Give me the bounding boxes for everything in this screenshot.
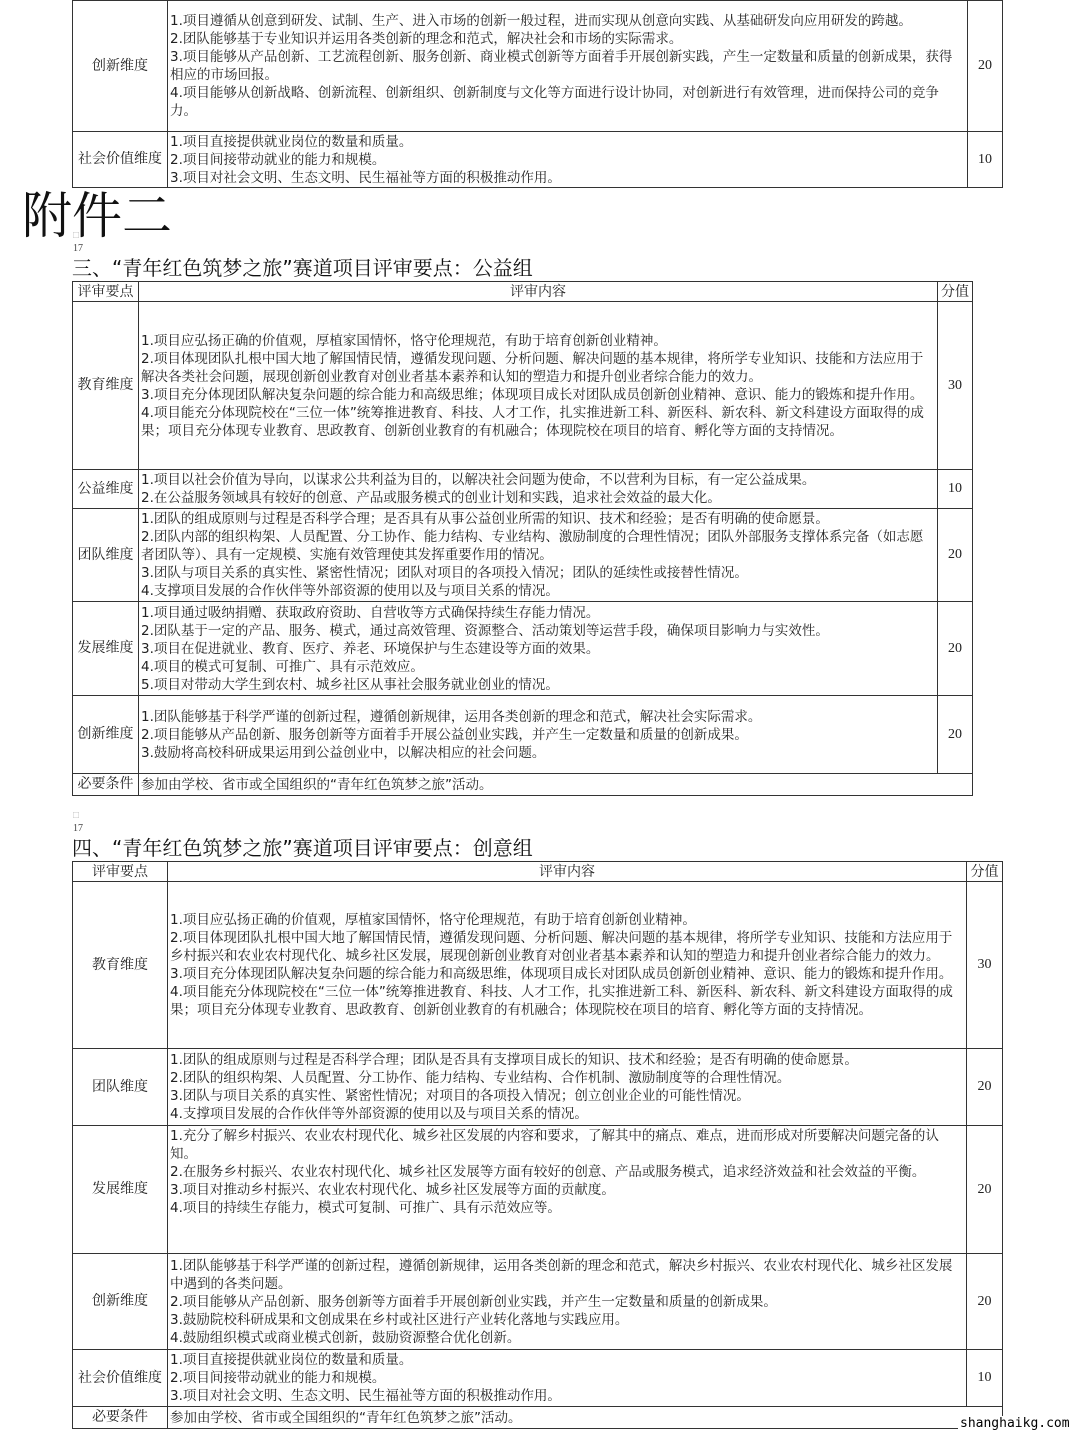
criteria-label: 社会价值维度 bbox=[73, 1350, 168, 1407]
table-row: 团队维度 1.团队的组成原则与过程是否科学合理；团队是否具有支撑项目成长的知识、… bbox=[73, 1049, 1003, 1126]
criteria-label: 公益维度 bbox=[73, 470, 139, 509]
criteria-item: 3.项目对社会文明、生态文明、民生福祉等方面的积极推动作用。 bbox=[170, 1387, 964, 1405]
table-row: 社会价值维度 1.项目直接提供就业岗位的数量和质量。 2.项目间接带动就业的能力… bbox=[73, 1350, 1003, 1407]
criteria-content: 1.项目通过吸纳捐赠、获取政府资助、自营收等方式确保持续生存能力情况。 2.团队… bbox=[139, 602, 938, 696]
table-row: 教育维度 1.项目应弘扬正确的价值观，厚植家国情怀，恪守伦理规范，有助于培育创新… bbox=[73, 302, 973, 470]
criteria-label: 发展维度 bbox=[73, 1126, 168, 1254]
page-number: 17 bbox=[73, 823, 83, 834]
creative-criteria-table: 评审要点 评审内容 分值 教育维度 1.项目应弘扬正确的价值观，厚植家国情怀，恪… bbox=[72, 861, 1003, 1429]
placeholder-glyph-icon: □ bbox=[73, 810, 79, 821]
criteria-item: 4.支撑项目发展的合作伙伴等外部资源的使用以及与项目关系的情况。 bbox=[170, 1105, 964, 1123]
criteria-content: 1.项目直接提供就业岗位的数量和质量。 2.项目间接带动就业的能力和规模。 3.… bbox=[168, 1350, 967, 1407]
placeholder-glyph-icon: □ bbox=[73, 230, 79, 241]
criteria-item: 2.项目能够从产品创新、服务创新等方面着手开展公益创业实践，并产生一定数量和质量… bbox=[141, 726, 935, 744]
criteria-item: 3.鼓励将高校科研成果运用到公益创业中，以解决相应的社会问题。 bbox=[141, 744, 935, 762]
criteria-item: 4.项目的持续生存能力，模式可复制、可推广、具有示范效应等。 bbox=[170, 1199, 964, 1217]
appendix-title: 附件二 bbox=[22, 186, 172, 246]
criteria-label: 创新维度 bbox=[73, 1, 168, 132]
criteria-content: 1.团队能够基于科学严谨的创新过程，遵循创新规律，运用各类创新的理念和范式，解决… bbox=[139, 696, 938, 774]
requirement-row: 必要条件 参加由学校、省市或全国组织的“青年红色筑梦之旅”活动。 bbox=[73, 1407, 1003, 1429]
criteria-item: 2.项目间接带动就业的能力和规模。 bbox=[170, 151, 965, 169]
criteria-content: 1.团队的组成原则与过程是否科学合理；是否具有从事公益创业所需的知识、技术和经验… bbox=[139, 509, 938, 602]
criteria-content: 1.团队的组成原则与过程是否科学合理；团队是否具有支撑项目成长的知识、技术和经验… bbox=[168, 1049, 967, 1126]
criteria-item: 3.项目在促进就业、教育、医疗、养老、环境保护与生态建设等方面的效果。 bbox=[141, 640, 935, 658]
criteria-content: 1.项目遵循从创意到研发、试制、生产、进入市场的创新一般过程，进而实现从创意向实… bbox=[168, 1, 968, 132]
criteria-item: 4.鼓励组织模式或商业模式创新，鼓励资源整合优化创新。 bbox=[170, 1329, 964, 1347]
criteria-item: 1.项目通过吸纳捐赠、获取政府资助、自营收等方式确保持续生存能力情况。 bbox=[141, 604, 935, 622]
table-row: 发展维度 1.充分了解乡村振兴、农业农村现代化、城乡社区发展的内容和要求，了解其… bbox=[73, 1126, 1003, 1254]
criteria-item: 2.在公益服务领域具有较好的创意、产品或服务模式的创业计划和实践，追求社会效益的… bbox=[141, 489, 935, 507]
criteria-content: 1.项目应弘扬正确的价值观，厚植家国情怀，恪守伦理规范，有助于培育创新创业精神。… bbox=[139, 302, 938, 470]
criteria-score: 20 bbox=[938, 602, 973, 696]
site-watermark: shanghaikg.com bbox=[958, 1416, 1072, 1431]
header-point: 评审要点 bbox=[73, 282, 139, 302]
table-row: 创新维度 1.团队能够基于科学严谨的创新过程，遵循创新规律，运用各类创新的理念和… bbox=[73, 696, 973, 774]
header-content: 评审内容 bbox=[139, 282, 938, 302]
criteria-item: 3.项目对推动乡村振兴、农业农村现代化、城乡社区发展等方面的贡献度。 bbox=[170, 1181, 964, 1199]
table-header-row: 评审要点 评审内容 分值 bbox=[73, 862, 1003, 882]
criteria-item: 1.团队能够基于科学严谨的创新过程，遵循创新规律，运用各类创新的理念和范式，解决… bbox=[141, 708, 935, 726]
criteria-item: 1.团队能够基于科学严谨的创新过程，遵循创新规律，运用各类创新的理念和范式，解决… bbox=[170, 1257, 964, 1293]
criteria-content: 1.项目以社会价值为导向，以谋求公共利益为目的，以解决社会问题为使命，不以营利为… bbox=[139, 470, 938, 509]
criteria-item: 1.项目遵循从创意到研发、试制、生产、进入市场的创新一般过程，进而实现从创意向实… bbox=[170, 12, 965, 30]
criteria-content: 1.团队能够基于科学严谨的创新过程，遵循创新规律，运用各类创新的理念和范式，解决… bbox=[168, 1254, 967, 1350]
table-row: 发展维度 1.项目通过吸纳捐赠、获取政府资助、自营收等方式确保持续生存能力情况。… bbox=[73, 602, 973, 696]
requirement-label: 必要条件 bbox=[73, 1407, 168, 1429]
criteria-item: 2.项目体现团队扎根中国大地了解国情民情，遵循发现问题、分析问题、解决问题的基本… bbox=[170, 929, 964, 965]
criteria-score: 20 bbox=[938, 696, 973, 774]
criteria-item: 1.项目以社会价值为导向，以谋求公共利益为目的，以解决社会问题为使命，不以营利为… bbox=[141, 471, 935, 489]
criteria-item: 1.团队的组成原则与过程是否科学合理；团队是否具有支撑项目成长的知识、技术和经验… bbox=[170, 1051, 964, 1069]
criteria-score: 20 bbox=[967, 1254, 1003, 1350]
header-score: 分值 bbox=[938, 282, 973, 302]
criteria-item: 3.鼓励院校科研成果和文创成果在乡村或社区进行产业转化落地与实践应用。 bbox=[170, 1311, 964, 1329]
criteria-item: 3.项目能够从产品创新、工艺流程创新、服务创新、商业模式创新等方面着手开展创新实… bbox=[170, 48, 965, 84]
criteria-item: 3.团队与项目关系的真实性、紧密性情况；对项目的各项投入情况；创立创业企业的可能… bbox=[170, 1087, 964, 1105]
table-header-row: 评审要点 评审内容 分值 bbox=[73, 282, 973, 302]
criteria-score: 20 bbox=[967, 1126, 1003, 1254]
criteria-item: 1.项目应弘扬正确的价值观，厚植家国情怀，恪守伦理规范，有助于培育创新创业精神。 bbox=[141, 332, 935, 350]
criteria-item: 2.团队基于一定的产品、服务、模式，通过高效管理、资源整合、活动策划等运营手段，… bbox=[141, 622, 935, 640]
prev-criteria-table: 创新维度 1.项目遵循从创意到研发、试制、生产、进入市场的创新一般过程，进而实现… bbox=[72, 0, 1003, 188]
criteria-label: 创新维度 bbox=[73, 696, 139, 774]
criteria-label: 团队维度 bbox=[73, 1049, 168, 1126]
criteria-label: 教育维度 bbox=[73, 882, 168, 1049]
criteria-item: 1.项目直接提供就业岗位的数量和质量。 bbox=[170, 133, 965, 151]
table-row: 团队维度 1.团队的组成原则与过程是否科学合理；是否具有从事公益创业所需的知识、… bbox=[73, 509, 973, 602]
criteria-item: 1.项目直接提供就业岗位的数量和质量。 bbox=[170, 1351, 964, 1369]
header-content: 评审内容 bbox=[168, 862, 967, 882]
criteria-item: 2.团队能够基于专业知识并运用各类创新的理念和范式，解决社会和市场的实际需求。 bbox=[170, 30, 965, 48]
page-number: 17 bbox=[73, 243, 83, 254]
criteria-item: 3.团队与项目关系的真实性、紧密性情况；团队对项目的各项投入情况；团队的延续性或… bbox=[141, 564, 935, 582]
public-welfare-criteria-table: 评审要点 评审内容 分值 教育维度 1.项目应弘扬正确的价值观，厚植家国情怀，恪… bbox=[72, 281, 973, 796]
criteria-content: 1.项目直接提供就业岗位的数量和质量。 2.项目间接带动就业的能力和规模。 3.… bbox=[168, 132, 968, 188]
header-point: 评审要点 bbox=[73, 862, 168, 882]
criteria-score: 10 bbox=[938, 470, 973, 509]
table-row: 社会价值维度 1.项目直接提供就业岗位的数量和质量。 2.项目间接带动就业的能力… bbox=[73, 132, 1003, 188]
table-row: 创新维度 1.团队能够基于科学严谨的创新过程，遵循创新规律，运用各类创新的理念和… bbox=[73, 1254, 1003, 1350]
criteria-item: 3.项目充分体现团队解决复杂问题的综合能力和高级思维，体现项目成长对团队成员创新… bbox=[170, 965, 964, 983]
criteria-score: 20 bbox=[968, 1, 1003, 132]
criteria-label: 团队维度 bbox=[73, 509, 139, 602]
criteria-item: 2.在服务乡村振兴、农业农村现代化、城乡社区发展等方面有较好的创意、产品或服务模… bbox=[170, 1163, 964, 1181]
criteria-item: 2.团队内部的组织构架、人员配置、分工协作、能力结构、专业结构、激励制度的合理性… bbox=[141, 528, 935, 564]
criteria-item: 3.项目充分体现团队解决复杂问题的综合能力和高级思维；体现项目成长对团队成员创新… bbox=[141, 386, 935, 404]
criteria-score: 10 bbox=[968, 132, 1003, 188]
criteria-score: 20 bbox=[967, 1049, 1003, 1126]
criteria-label: 教育维度 bbox=[73, 302, 139, 470]
requirement-text: 参加由学校、省市或全国组织的“青年红色筑梦之旅”活动。 bbox=[168, 1407, 1003, 1429]
criteria-score: 30 bbox=[967, 882, 1003, 1049]
criteria-item: 4.项目的模式可复制、可推广、具有示范效应。 bbox=[141, 658, 935, 676]
criteria-item: 1.项目应弘扬正确的价值观，厚植家国情怀，恪守伦理规范，有助于培育创新创业精神。 bbox=[170, 911, 964, 929]
table-row: 创新维度 1.项目遵循从创意到研发、试制、生产、进入市场的创新一般过程，进而实现… bbox=[73, 1, 1003, 132]
criteria-item: 4.项目能充分体现院校在“三位一体”统筹推进教育、科技、人才工作，扎实推进新工科… bbox=[170, 983, 964, 1019]
criteria-score: 20 bbox=[938, 509, 973, 602]
requirement-row: 必要条件 参加由学校、省市或全国组织的“青年红色筑梦之旅”活动。 bbox=[73, 774, 973, 796]
criteria-label: 社会价值维度 bbox=[73, 132, 168, 188]
criteria-item: 4.支撑项目发展的合作伙伴等外部资源的使用以及与项目关系的情况。 bbox=[141, 582, 935, 600]
table-row: 公益维度 1.项目以社会价值为导向，以谋求公共利益为目的，以解决社会问题为使命，… bbox=[73, 470, 973, 509]
criteria-item: 4.项目能够从创新战略、创新流程、创新组织、创新制度与文化等方面进行设计协同，对… bbox=[170, 84, 965, 120]
requirement-label: 必要条件 bbox=[73, 774, 139, 796]
criteria-item: 3.项目对社会文明、生态文明、民生福祉等方面的积极推动作用。 bbox=[170, 169, 965, 187]
criteria-item: 2.项目体现团队扎根中国大地了解国情民情，遵循发现问题、分析问题、解决问题的基本… bbox=[141, 350, 935, 386]
criteria-item: 5.项目对带动大学生到农村、城乡社区从事社会服务就业创业的情况。 bbox=[141, 676, 935, 694]
requirement-text: 参加由学校、省市或全国组织的“青年红色筑梦之旅”活动。 bbox=[139, 774, 973, 796]
section-title: 三、“青年红色筑梦之旅”赛道项目评审要点：公益组 bbox=[72, 256, 533, 280]
criteria-label: 创新维度 bbox=[73, 1254, 168, 1350]
criteria-score: 30 bbox=[938, 302, 973, 470]
criteria-content: 1.项目应弘扬正确的价值观，厚植家国情怀，恪守伦理规范，有助于培育创新创业精神。… bbox=[168, 882, 967, 1049]
criteria-label: 发展维度 bbox=[73, 602, 139, 696]
criteria-item: 4.项目能充分体现院校在“三位一体”统筹推进教育、科技、人才工作，扎实推进新工科… bbox=[141, 404, 935, 440]
header-score: 分值 bbox=[967, 862, 1003, 882]
criteria-item: 1.团队的组成原则与过程是否科学合理；是否具有从事公益创业所需的知识、技术和经验… bbox=[141, 510, 935, 528]
criteria-item: 2.项目间接带动就业的能力和规模。 bbox=[170, 1369, 964, 1387]
section-title: 四、“青年红色筑梦之旅”赛道项目评审要点：创意组 bbox=[72, 836, 533, 860]
criteria-item: 2.团队的组织构架、人员配置、分工协作、能力结构、专业结构、合作机制、激励制度等… bbox=[170, 1069, 964, 1087]
criteria-item: 2.项目能够从产品创新、服务创新等方面着手开展创新创业实践，并产生一定数量和质量… bbox=[170, 1293, 964, 1311]
table-row: 教育维度 1.项目应弘扬正确的价值观，厚植家国情怀，恪守伦理规范，有助于培育创新… bbox=[73, 882, 1003, 1049]
criteria-content: 1.充分了解乡村振兴、农业农村现代化、城乡社区发展的内容和要求，了解其中的痛点、… bbox=[168, 1126, 967, 1254]
criteria-score: 10 bbox=[967, 1350, 1003, 1407]
criteria-item: 1.充分了解乡村振兴、农业农村现代化、城乡社区发展的内容和要求，了解其中的痛点、… bbox=[170, 1127, 964, 1163]
